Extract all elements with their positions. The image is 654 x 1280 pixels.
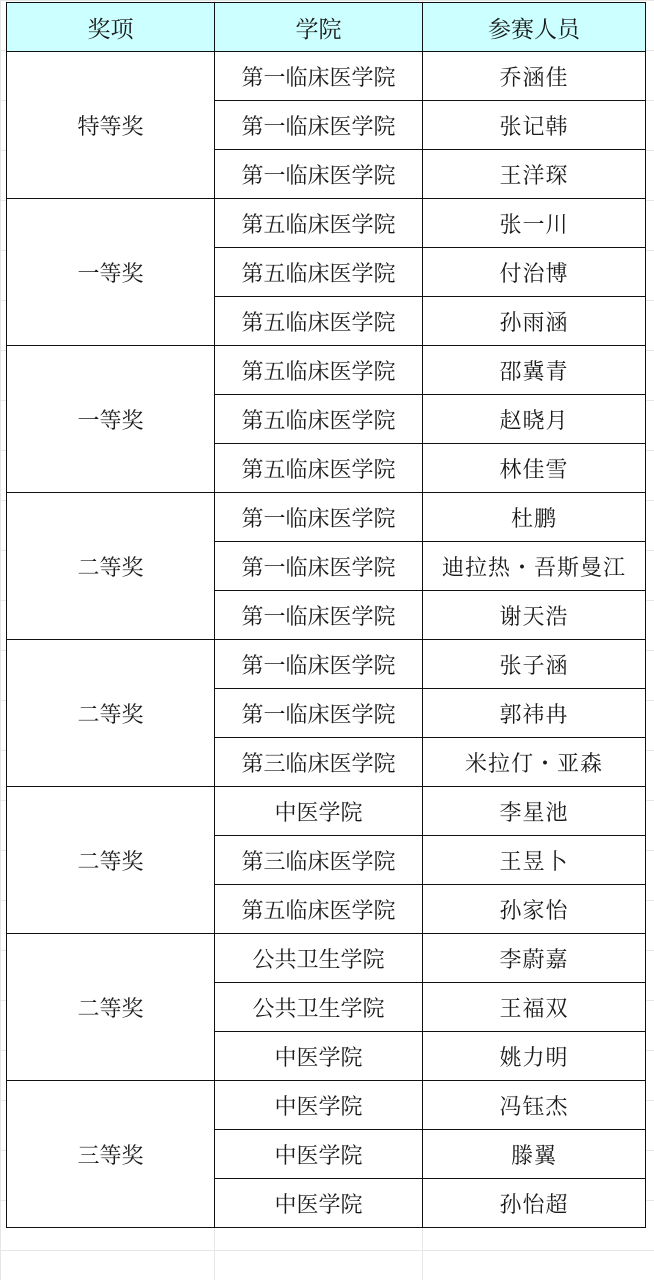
- table-row: 特等奖 第一临床医学院 乔涵佳: [7, 52, 646, 101]
- award-cell: 二等奖: [7, 493, 215, 640]
- award-cell: 二等奖: [7, 934, 215, 1081]
- college-cell: 第一临床医学院: [215, 150, 423, 199]
- college-cell: 第五临床医学院: [215, 395, 423, 444]
- table-row: 三等奖 中医学院 冯钰杰: [7, 1081, 646, 1130]
- college-cell: 公共卫生学院: [215, 934, 423, 983]
- college-cell: 中医学院: [215, 1179, 423, 1228]
- college-cell: 中医学院: [215, 1032, 423, 1081]
- participant-cell: 邵冀青: [423, 346, 646, 395]
- participant-cell: 赵晓月: [423, 395, 646, 444]
- participant-cell: 滕翼: [423, 1130, 646, 1179]
- college-cell: 中医学院: [215, 1130, 423, 1179]
- participant-cell: 米拉仃・亚森: [423, 738, 646, 787]
- participant-cell: 冯钰杰: [423, 1081, 646, 1130]
- college-cell: 第三临床医学院: [215, 738, 423, 787]
- college-cell: 第五临床医学院: [215, 346, 423, 395]
- participant-cell: 孙怡超: [423, 1179, 646, 1228]
- participant-cell: 杜鹏: [423, 493, 646, 542]
- participant-cell: 付治博: [423, 248, 646, 297]
- participant-cell: 郭祎冉: [423, 689, 646, 738]
- college-cell: 第一临床医学院: [215, 591, 423, 640]
- participant-cell: 林佳雪: [423, 444, 646, 493]
- participant-cell: 姚力明: [423, 1032, 646, 1081]
- college-cell: 第一临床医学院: [215, 101, 423, 150]
- college-cell: 第五临床医学院: [215, 297, 423, 346]
- table-row: 一等奖 第五临床医学院 张一川: [7, 199, 646, 248]
- header-participants: 参赛人员: [423, 3, 646, 52]
- table-row: 二等奖 第一临床医学院 杜鹏: [7, 493, 646, 542]
- header-award: 奖项: [7, 3, 215, 52]
- college-cell: 第五临床医学院: [215, 248, 423, 297]
- college-cell: 中医学院: [215, 1081, 423, 1130]
- participant-cell: 张一川: [423, 199, 646, 248]
- award-cell: 三等奖: [7, 1081, 215, 1228]
- participant-cell: 乔涵佳: [423, 52, 646, 101]
- participant-cell: 王洋琛: [423, 150, 646, 199]
- awards-table: 奖项 学院 参赛人员 特等奖 第一临床医学院 乔涵佳 第一临床医学院 张记韩 第…: [6, 2, 646, 1228]
- participant-cell: 迪拉热・吾斯曼江: [423, 542, 646, 591]
- college-cell: 中医学院: [215, 787, 423, 836]
- table-row: 二等奖 中医学院 李星池: [7, 787, 646, 836]
- college-cell: 公共卫生学院: [215, 983, 423, 1032]
- participant-cell: 李蔚嘉: [423, 934, 646, 983]
- table-row: 二等奖 公共卫生学院 李蔚嘉: [7, 934, 646, 983]
- college-cell: 第一临床医学院: [215, 640, 423, 689]
- college-cell: 第一临床医学院: [215, 493, 423, 542]
- award-cell: 二等奖: [7, 640, 215, 787]
- participant-cell: 王福双: [423, 983, 646, 1032]
- participant-cell: 王昱卜: [423, 836, 646, 885]
- college-cell: 第一临床医学院: [215, 52, 423, 101]
- college-cell: 第一临床医学院: [215, 689, 423, 738]
- college-cell: 第五临床医学院: [215, 199, 423, 248]
- college-cell: 第五临床医学院: [215, 885, 423, 934]
- participant-cell: 张子涵: [423, 640, 646, 689]
- college-cell: 第一临床医学院: [215, 542, 423, 591]
- participant-cell: 孙雨涵: [423, 297, 646, 346]
- participant-cell: 张记韩: [423, 101, 646, 150]
- college-cell: 第五临床医学院: [215, 444, 423, 493]
- table-row: 一等奖 第五临床医学院 邵冀青: [7, 346, 646, 395]
- award-cell: 二等奖: [7, 787, 215, 934]
- award-cell: 一等奖: [7, 199, 215, 346]
- table-row: 二等奖 第一临床医学院 张子涵: [7, 640, 646, 689]
- award-cell: 一等奖: [7, 346, 215, 493]
- participant-cell: 孙家怡: [423, 885, 646, 934]
- header-row: 奖项 学院 参赛人员: [7, 3, 646, 52]
- college-cell: 第三临床医学院: [215, 836, 423, 885]
- participant-cell: 李星池: [423, 787, 646, 836]
- participant-cell: 谢天浩: [423, 591, 646, 640]
- award-cell: 特等奖: [7, 52, 215, 199]
- header-college: 学院: [215, 3, 423, 52]
